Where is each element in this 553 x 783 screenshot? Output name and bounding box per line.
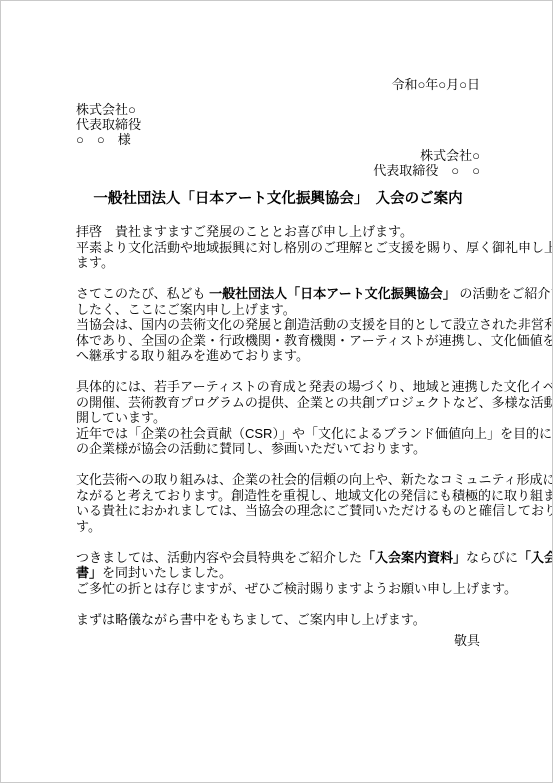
- text-line: 近年では「企業の社会貢献（CSR）」や「文化によるブランド価値向上」を目的に、多…: [76, 426, 480, 442]
- text-segment: したく、ここにご案内申し上げます。: [76, 302, 296, 317]
- text-segment: の開催、芸術教育プログラムの提供、企業との共創プロジェクトなど、多様な活動を展: [76, 395, 553, 410]
- text-segment: 拝啓 貴社ますますご発展のこととお喜び申し上げます。: [76, 224, 413, 239]
- recipient-title: 代表取締役: [76, 117, 480, 132]
- paragraph: さてこのたび、私ども 一般社団法人「日本アート文化振興協会」 の活動をご紹介いた…: [76, 286, 480, 364]
- recipient-name: ○ ○ 様: [76, 132, 480, 147]
- recipient-company: 株式会社○: [76, 102, 480, 117]
- text-line: いる貴社におかれましては、当協会の理念にご賛同いただけるものと確信しておりま: [76, 503, 480, 519]
- text-line: の開催、芸術教育プログラムの提供、企業との共創プロジェクトなど、多様な活動を展: [76, 395, 480, 411]
- text-segment: 当協会は、国内の芸術文化の発展と創造活動の支援を目的として設立された非営利団: [76, 317, 553, 332]
- text-segment: 「入会案内資料」: [362, 550, 466, 565]
- text-line: 拝啓 貴社ますますご発展のこととお喜び申し上げます。: [76, 224, 480, 240]
- text-line: 具体的には、若手アーティストの育成と発表の場づくり、地域と連携した文化イベント: [76, 379, 480, 395]
- text-line: 平素より文化活動や地域振興に対し格別のご理解とご支援を賜り、厚く御礼申し上げ: [76, 240, 480, 256]
- text-line: 当協会は、国内の芸術文化の発展と創造活動の支援を目的として設立された非営利団: [76, 317, 480, 333]
- text-segment: ます。: [76, 255, 114, 270]
- text-segment: の活動をご紹介いた: [456, 286, 553, 301]
- paragraph: 拝啓 貴社ますますご発展のこととお喜び申し上げます。平素より文化活動や地域振興に…: [76, 224, 480, 271]
- text-segment: 具体的には、若手アーティストの育成と発表の場づくり、地域と連携した文化イベント: [76, 379, 553, 394]
- sender-block: 株式会社○ 代表取締役 ○ ○: [76, 148, 480, 178]
- text-line: 体であり、全国の企業・行政機関・教育機関・アーティストが連携し、文化価値を未来: [76, 333, 480, 349]
- paragraph: まずは略儀ながら書中をもちまして、ご案内申し上げます。: [76, 612, 480, 628]
- text-segment: 開しています。: [76, 410, 166, 425]
- paragraph: 文化芸術への取り組みは、企業の社会的信頼の向上や、新たなコミュニティ形成にもつな…: [76, 472, 480, 534]
- text-line: の企業様が協会の活動に賛同し、参画いただいております。: [76, 441, 480, 457]
- text-segment: 「入会申込: [518, 550, 553, 565]
- text-segment: 平素より文化活動や地域振興に対し格別のご理解とご支援を賜り、厚く御礼申し上げ: [76, 240, 553, 255]
- date-line: 令和○年○月○日: [76, 77, 480, 92]
- text-segment: つきましては、活動内容や会員特典をご紹介した: [76, 550, 362, 565]
- text-segment: さてこのたび、私ども: [76, 286, 209, 301]
- text-segment: す。: [76, 519, 101, 534]
- text-line: ながると考えております。創造性を重視し、地域文化の発信にも積極的に取り組まれて: [76, 488, 480, 504]
- letter-page: 令和○年○月○日 株式会社○ 代表取締役 ○ ○ 様 株式会社○ 代表取締役 ○…: [0, 0, 553, 783]
- text-line: つきましては、活動内容や会員特典をご紹介した「入会案内資料」ならびに「入会申込: [76, 550, 480, 566]
- paragraph: 具体的には、若手アーティストの育成と発表の場づくり、地域と連携した文化イベントの…: [76, 379, 480, 457]
- text-segment: へ継承する取り組みを進めております。: [76, 348, 309, 363]
- text-line: 開しています。: [76, 410, 480, 426]
- text-segment: ながると考えております。創造性を重視し、地域文化の発信にも積極的に取り組まれて: [76, 488, 553, 503]
- text-segment: 文化芸術への取り組みは、企業の社会的信頼の向上や、新たなコミュニティ形成にもつ: [76, 472, 553, 487]
- subject-title: 一般社団法人「日本アート文化振興協会」 入会のご案内: [76, 190, 480, 208]
- text-line: したく、ここにご案内申し上げます。: [76, 302, 480, 318]
- text-line: まずは略儀ながら書中をもちまして、ご案内申し上げます。: [76, 612, 480, 628]
- text-line: す。: [76, 519, 480, 535]
- letter-body: 拝啓 貴社ますますご発展のこととお喜び申し上げます。平素より文化活動や地域振興に…: [76, 224, 480, 627]
- sender-company: 株式会社○: [76, 148, 480, 163]
- recipient-block: 株式会社○ 代表取締役 ○ ○ 様: [76, 102, 480, 147]
- text-segment: 近年では「企業の社会貢献（CSR）」や「文化によるブランド価値向上」を目的に、多…: [76, 426, 553, 441]
- text-line: ご多忙の折とは存じますが、ぜひご検討賜りますようお願い申し上げます。: [76, 581, 480, 597]
- closing-word: 敬具: [76, 633, 480, 649]
- text-line: 書」を同封いたしました。: [76, 565, 480, 581]
- text-segment: の企業様が協会の活動に賛同し、参画いただいております。: [76, 441, 426, 456]
- text-segment: ご多忙の折とは存じますが、ぜひご検討賜りますようお願い申し上げます。: [76, 581, 517, 596]
- text-line: へ継承する取り組みを進めております。: [76, 348, 480, 364]
- letter-content: 令和○年○月○日 株式会社○ 代表取締役 ○ ○ 様 株式会社○ 代表取締役 ○…: [76, 77, 480, 649]
- text-segment: を同封いたしました。: [102, 565, 232, 580]
- text-line: さてこのたび、私ども 一般社団法人「日本アート文化振興協会」 の活動をご紹介いた: [76, 286, 480, 302]
- text-segment: 体であり、全国の企業・行政機関・教育機関・アーティストが連携し、文化価値を未来: [76, 333, 553, 348]
- sender-title-name: 代表取締役 ○ ○: [76, 163, 480, 178]
- text-line: ます。: [76, 255, 480, 271]
- text-line: 文化芸術への取り組みは、企業の社会的信頼の向上や、新たなコミュニティ形成にもつ: [76, 472, 480, 488]
- text-segment: いる貴社におかれましては、当協会の理念にご賛同いただけるものと確信しておりま: [76, 503, 553, 518]
- text-segment: まずは略儀ながら書中をもちまして、ご案内申し上げます。: [76, 612, 426, 627]
- text-segment: 書」: [76, 565, 102, 580]
- text-segment: 一般社団法人「日本アート文化振興協会」: [209, 286, 456, 301]
- paragraph: つきましては、活動内容や会員特典をご紹介した「入会案内資料」ならびに「入会申込書…: [76, 550, 480, 597]
- text-segment: ならびに: [466, 550, 518, 565]
